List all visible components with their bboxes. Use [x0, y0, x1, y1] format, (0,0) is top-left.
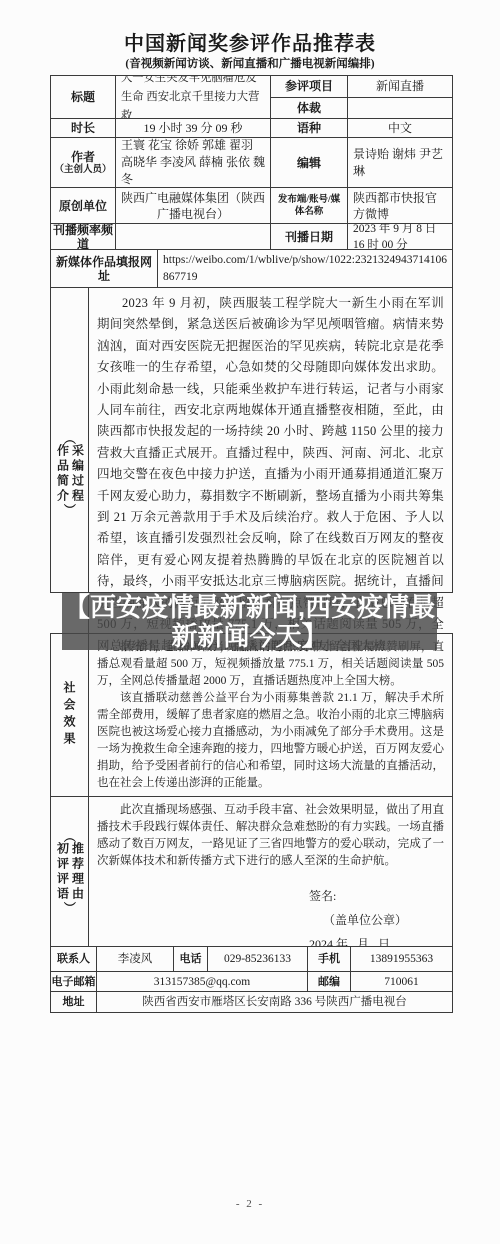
authors-label: 作者 （主创人员） — [51, 138, 116, 187]
broadcast-date-value: 2023 年 9 月 8 日 16 时 00 分 — [348, 224, 452, 249]
publish-account-label: 发布端/账号/媒体名称 — [271, 188, 348, 223]
publish-account-value: 陕西都市快报官方微博 — [348, 188, 452, 223]
entry-genre-stack: 参评项目 新闻直播 体裁 — [271, 76, 452, 118]
broadcast-channel-value — [116, 224, 271, 249]
review-label: （ 初评评语 推荐理由 ） — [51, 797, 89, 946]
intro-paren-close: ） — [64, 504, 75, 516]
watermark-text: 【西安疫情最新新闻,西安疫情最新新闻今天】 — [62, 593, 437, 651]
phone-value: 029-85236133 — [208, 947, 308, 971]
contact-name-label: 联系人 — [51, 947, 97, 971]
authors-sublabel: （主创人员） — [54, 164, 111, 176]
row-contact: 联系人 李凌风 电话 029-85236133 手机 13891955363 — [51, 947, 452, 972]
editors-label: 编辑 — [271, 138, 348, 187]
section-social-effect: 社会效果 据统计，直播间被当晚涌入的两百万网友留言祝福点赞刷屏，直播总观看量超 … — [51, 634, 452, 797]
review-text: 此次直播现场感强、互动手段丰富、社会效果明显，做出了用直播技术手段践行媒体责任、… — [89, 797, 452, 946]
intro-label-col2: 采编过程 — [70, 444, 85, 504]
editors-value: 景诗贻 谢炜 尹艺琳 — [348, 138, 452, 187]
page-number: - 2 - — [0, 1198, 500, 1210]
row-entry-item: 参评项目 新闻直播 — [271, 76, 452, 98]
postcode-label: 邮编 — [308, 972, 351, 991]
section-review: （ 初评评语 推荐理由 ） 此次直播现场感强、互动手段丰富、社会效果明显，做出了… — [51, 797, 452, 947]
original-unit-label: 原创单位 — [51, 188, 116, 223]
intro-label-col1: 作品简介 — [55, 444, 70, 504]
row-address: 地址 陕西省西安市雁塔区长安南路 336 号陕西广播电视台 — [51, 992, 452, 1012]
address-value: 陕西省西安市雁塔区长安南路 336 号陕西广播电视台 — [97, 992, 452, 1012]
broadcast-channel-label: 刊播频率频道 — [51, 224, 116, 249]
genre-value — [348, 98, 452, 119]
row-authors: 作者 （主创人员） 王寰 花宝 徐娇 郭雄 翟羽 高晓华 李凌风 薛楠 张依 魏… — [51, 138, 452, 188]
seal-note: （盖单位公章） — [309, 908, 444, 932]
language-label: 语种 — [271, 119, 348, 137]
duration-label: 时长 — [51, 119, 116, 137]
review-paren-open: （ — [64, 830, 75, 842]
authors-value: 王寰 花宝 徐娇 郭雄 翟羽 高晓华 李凌风 薛楠 张依 魏冬 — [116, 138, 271, 187]
row-broadcast: 刊播频率频道 刊播日期 2023 年 9 月 8 日 16 时 00 分 — [51, 224, 452, 250]
row-duration: 时长 19 小时 39 分 09 秒 语种 中文 — [51, 119, 452, 138]
signature-block: 签名: （盖单位公章） 2024 年 月 日 — [309, 884, 444, 946]
watermark-banner: 【西安疫情最新新闻,西安疫情最新新闻今天】 — [62, 593, 437, 650]
row-url: 新媒体作品填报网址 https://weibo.com/1/wblive/p/s… — [51, 250, 452, 288]
row-original-unit: 原创单位 陕西广电融媒体集团（陕西广播电视台） 发布端/账号/媒体名称 陕西都市… — [51, 188, 452, 224]
row-title: 标题 大一女生突发罕见脑瘤危及生命 西安北京千里接力大营救 参评项目 新闻直播 … — [51, 76, 452, 119]
social-effect-label: 社会效果 — [51, 634, 89, 796]
social-effect-text: 据统计，直播间被当晚涌入的两百万网友留言祝福点赞刷屏，直播总观看量超 500 万… — [89, 634, 452, 796]
row-email: 电子邮箱 313157385@qq.com 邮编 710061 — [51, 972, 452, 992]
language-value: 中文 — [348, 119, 452, 137]
form-table-lower: 社会效果 据统计，直播间被当晚涌入的两百万网友留言祝福点赞刷屏，直播总观看量超 … — [50, 633, 453, 1013]
intro-paren-open: （ — [64, 433, 75, 445]
genre-label: 体裁 — [271, 98, 348, 119]
postcode-value: 710061 — [351, 972, 452, 991]
contact-name-value: 李凌风 — [97, 947, 174, 971]
mobile-label: 手机 — [308, 947, 351, 971]
broadcast-date-label: 刊播日期 — [271, 224, 348, 249]
row-genre: 体裁 — [271, 98, 452, 119]
duration-value: 19 小时 39 分 09 秒 — [116, 119, 271, 137]
title-value: 大一女生突发罕见脑瘤危及生命 西安北京千里接力大营救 — [116, 76, 271, 118]
email-value: 313157385@qq.com — [97, 972, 308, 991]
review-label-col1: 初评评语 — [55, 842, 70, 902]
mobile-value: 13891955363 — [351, 947, 452, 971]
entry-item-label: 参评项目 — [271, 76, 348, 97]
page-subtitle: (音视频新闻访谈、新闻直播和广播电视新闻编排) — [0, 55, 500, 71]
email-label: 电子邮箱 — [51, 972, 97, 991]
document-page: 中国新闻奖参评作品推荐表 (音视频新闻访谈、新闻直播和广播电视新闻编排) 标题 … — [0, 0, 500, 1244]
signature-label: 签名: — [309, 884, 444, 908]
signature-date: 2024 年 月 日 — [309, 932, 444, 946]
url-value: https://weibo.com/1/wblive/p/show/1022:2… — [158, 250, 452, 287]
entry-item-value: 新闻直播 — [348, 76, 452, 97]
address-label: 地址 — [51, 992, 97, 1012]
original-unit-value: 陕西广电融媒体集团（陕西广播电视台） — [116, 188, 271, 223]
review-paren-close: ） — [64, 901, 75, 913]
page-title: 中国新闻奖参评作品推荐表 — [0, 27, 500, 56]
social-effect-para2: 该直播联动慈善公益平台为小雨募集善款 21.1 万，解决手术所需全部费用，缓解了… — [97, 690, 444, 792]
form-table-upper: 标题 大一女生突发罕见脑瘤危及生命 西安北京千里接力大营救 参评项目 新闻直播 … — [50, 75, 453, 593]
review-label-col2: 推荐理由 — [70, 842, 85, 902]
phone-label: 电话 — [174, 947, 208, 971]
title-label: 标题 — [51, 76, 116, 118]
url-label: 新媒体作品填报网址 — [51, 250, 158, 287]
